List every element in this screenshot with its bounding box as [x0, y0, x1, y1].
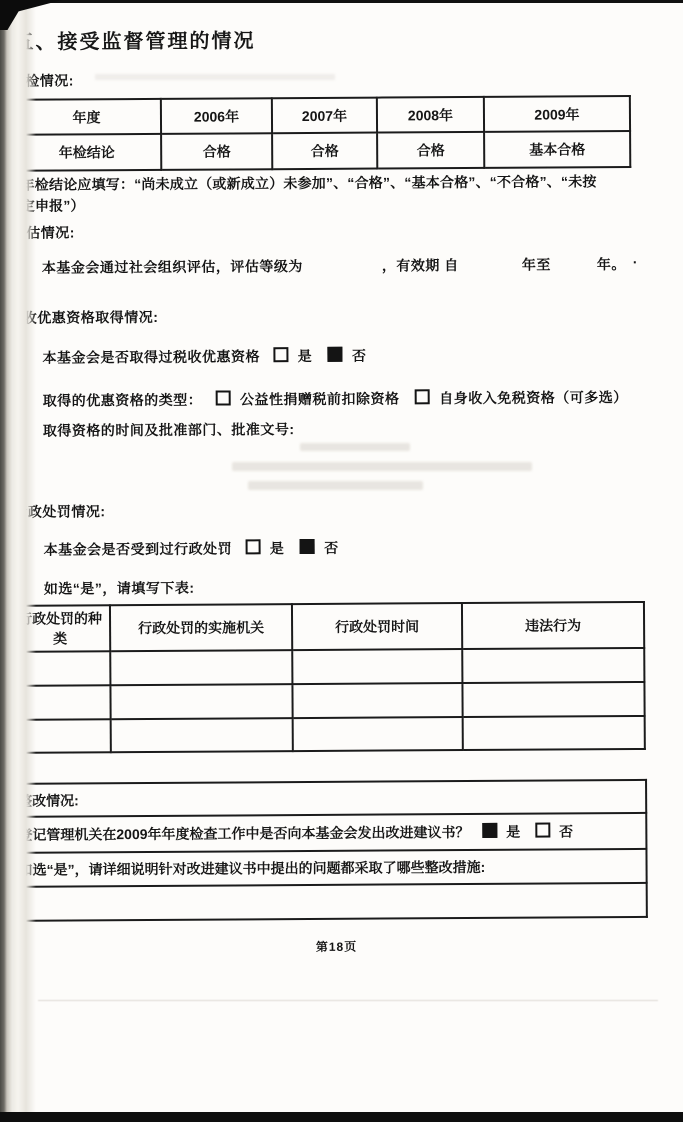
table-row [12, 883, 647, 921]
annual-inspection-note: （年检结论应填写：“尚未成立（或新成立）未参加”、“合格”、“基本合格”、“不合… [6, 171, 678, 217]
note-line: （年检结论应填写：“尚未成立（或新成立）未参加”、“合格”、“基本合格”、“不合… [6, 171, 678, 196]
document-page: 五、接受监督管理的情况 年检情况: 年度 2006年 2007年 2008年 2… [0, 0, 683, 1122]
checkbox-tax-no[interactable] [328, 347, 343, 362]
scan-bottom-edge [0, 1112, 683, 1122]
yes-label: 是 [270, 540, 285, 556]
table-row: 年度 2006年 2007年 2008年 2009年 [12, 96, 630, 135]
penalty-col-time: 行政处罚时间 [292, 603, 462, 650]
rectification-instruction-cell: 如选“是”，请详细说明针对改进建议书中提出的问题都采取了哪些整改措施: [11, 849, 646, 887]
result-cell: 合格 [272, 133, 377, 170]
rectification-table: 整改情况: 登记管理机关在2009年年度检查工作中是否向本基金会发出改进建议书？… [10, 779, 648, 922]
rectification-question-cell: 登记管理机关在2009年年度检查工作中是否向本基金会发出改进建议书？ 是 否 [11, 813, 646, 853]
table-row [10, 648, 644, 686]
penalty-col-violation: 违法行为 [462, 602, 644, 649]
year-cell: 2006年 [161, 98, 272, 134]
page-title: 五、接受监督管理的情况 [13, 24, 255, 54]
stray-dot-mark: · [633, 254, 638, 270]
page-number: 第18页 [0, 936, 678, 957]
scan-left-edge-shadow [0, 0, 36, 1122]
empty-cell [463, 716, 645, 750]
result-cell: 基本合格 [484, 131, 630, 168]
checkbox-rectification-no[interactable] [535, 823, 550, 838]
empty-cell [12, 883, 647, 921]
note-line: 规定申报”） [6, 192, 678, 217]
checkbox-penalty-no[interactable] [300, 539, 315, 554]
evaluation-text-part2: ，有效期 自 [382, 255, 459, 275]
year-cell: 2007年 [272, 98, 377, 134]
yes-label: 是 [298, 348, 313, 364]
empty-cell [110, 650, 292, 685]
tax-type1-label: 公益性捐赠税前扣除资格 [240, 390, 400, 407]
year-cell: 2009年 [484, 96, 630, 132]
evaluation-sentence: 本基金会通过社会组织评估，评估等级为 ，有效期 自 年至 年。 · [0, 254, 682, 278]
empty-cell [462, 648, 644, 683]
empty-cell [292, 649, 462, 684]
evaluation-text-part4: 年。 [597, 254, 626, 274]
checkbox-donation-deduction[interactable] [216, 390, 231, 405]
penalty-table-instruction: 如选“是”，请填写下表: [44, 578, 195, 599]
checkbox-rectification-yes[interactable] [482, 823, 497, 838]
empty-cell [293, 717, 463, 751]
table-header-row: 行政处罚的种类 行政处罚的实施机关 行政处罚时间 违法行为 [10, 602, 644, 652]
table-row [11, 716, 645, 753]
tax-type2-label: 自身收入免税资格（可多选） [439, 389, 628, 406]
table-row: 如选“是”，请详细说明针对改进建议书中提出的问题都采取了哪些整改措施: [11, 849, 646, 887]
penalty-question-line: 本基金会是否受到过行政处罚 是 否 [44, 538, 341, 560]
empty-cell [110, 684, 292, 719]
result-cell: 合格 [161, 133, 272, 170]
evaluation-text-part1: 本基金会通过社会组织评估，评估等级为 [42, 256, 303, 278]
empty-cell [292, 683, 462, 718]
annual-inspection-table: 年度 2006年 2007年 2008年 2009年 年检结论 合格 合格 合格… [11, 95, 631, 172]
table-row: 整改情况: [11, 780, 646, 817]
result-cell: 合格 [377, 132, 484, 169]
table-row: 年检结论 合格 合格 合格 基本合格 [12, 131, 630, 171]
rectification-question-text: 登记管理机关在2009年年度检查工作中是否向本基金会发出改进建议书？ [18, 824, 469, 843]
checkbox-tax-yes[interactable] [273, 347, 288, 362]
no-label: 否 [324, 540, 339, 556]
table-row: 登记管理机关在2009年年度检查工作中是否向本基金会发出改进建议书？ 是 否 [11, 813, 646, 853]
tax-types-prefix: 取得的优惠资格的类型： [43, 392, 203, 409]
tax-question-line: 本基金会是否取得过税收优惠资格 是 否 [42, 346, 368, 368]
no-label: 否 [559, 823, 573, 839]
table-row [10, 682, 644, 720]
scan-top-edge [0, 0, 683, 3]
tax-approval-line: 取得资格的时间及批准部门、批准文号: [43, 419, 295, 441]
penalty-col-agency: 行政处罚的实施机关 [110, 604, 292, 651]
tax-types-line: 取得的优惠资格的类型： 公益性捐赠税前扣除资格 自身收入免税资格（可多选） [43, 387, 630, 411]
empty-cell [462, 682, 644, 717]
yes-label: 是 [506, 824, 520, 840]
no-label: 否 [352, 348, 367, 364]
scan-crease-line [38, 1000, 658, 1001]
checkbox-income-exemption[interactable] [415, 389, 430, 404]
checkbox-penalty-yes[interactable] [245, 539, 260, 554]
penalty-question-text: 本基金会是否受到过行政处罚 [44, 540, 233, 557]
tax-question-text: 本基金会是否取得过税收优惠资格 [42, 348, 260, 365]
evaluation-text-part3: 年至 [522, 255, 551, 275]
penalty-table: 行政处罚的种类 行政处罚的实施机关 行政处罚时间 违法行为 [9, 601, 646, 754]
rectification-title-cell: 整改情况: [11, 780, 646, 817]
empty-cell [111, 718, 293, 752]
year-cell: 2008年 [377, 97, 484, 133]
